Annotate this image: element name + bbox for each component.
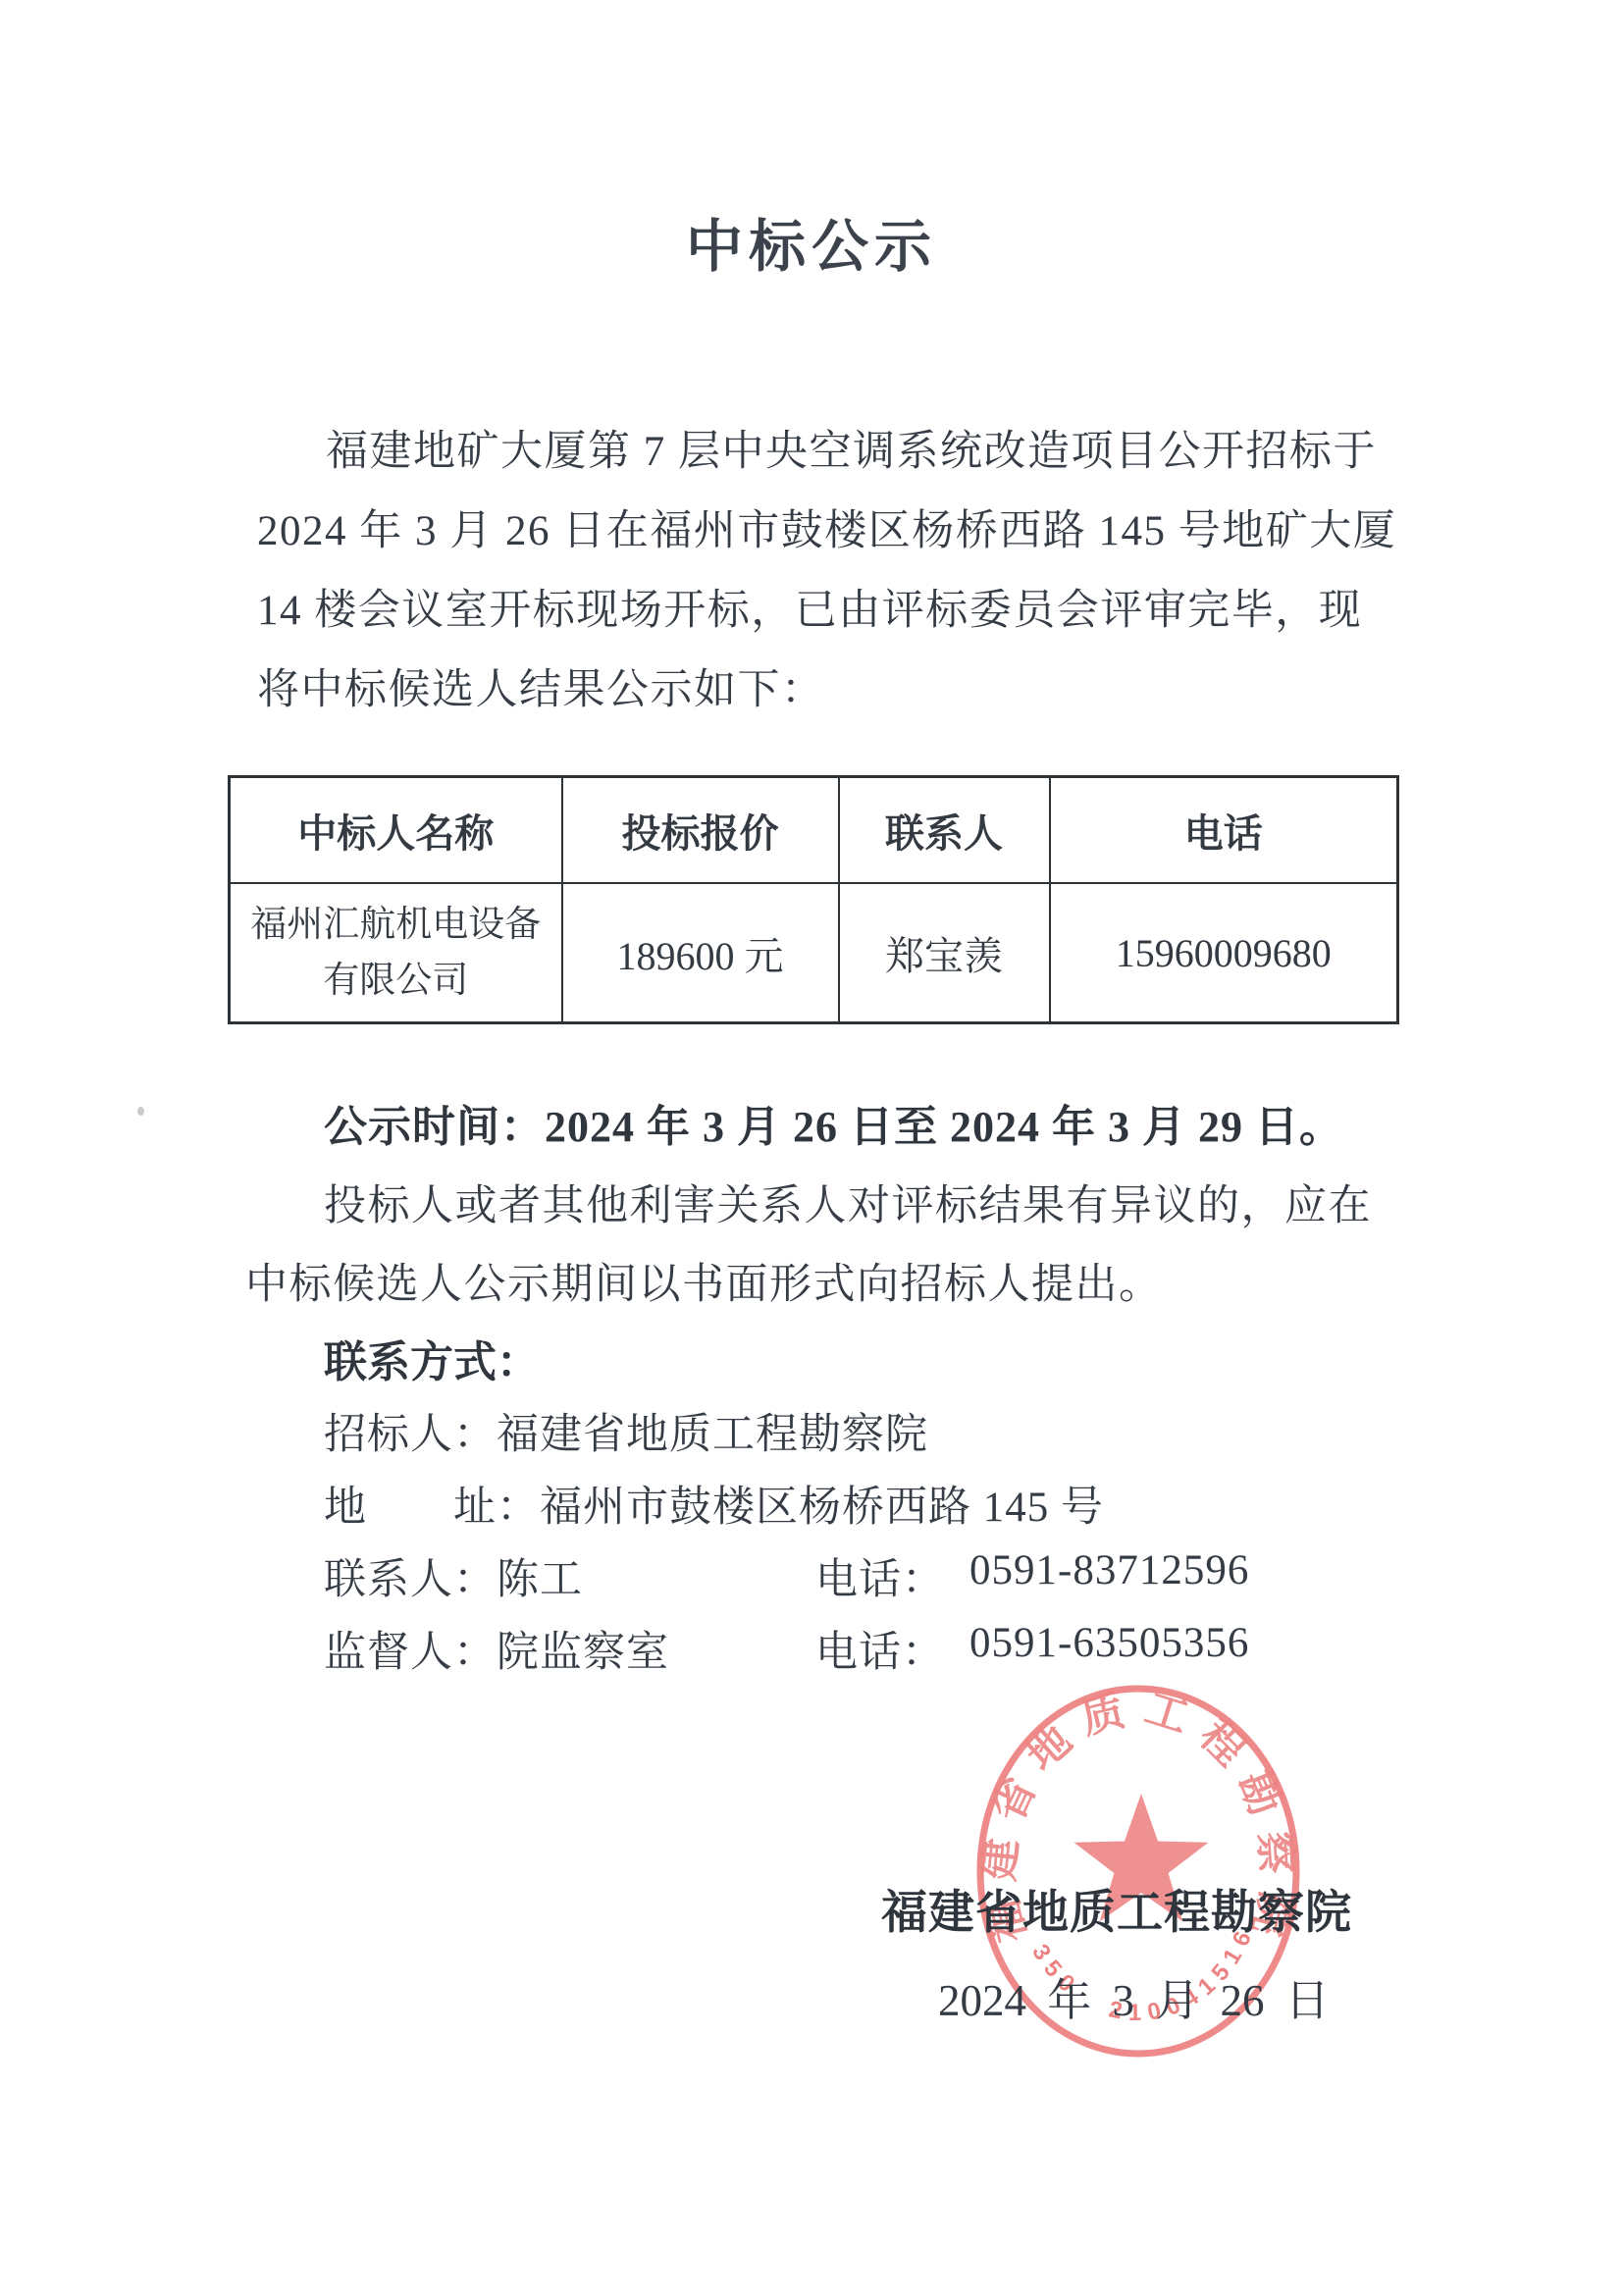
document-page: 中标公示 福建地矿大厦第 7 层中央空调系统改造项目公开招标于 2024 年 3… [0, 0, 1623, 2296]
contact-value: 福建省地质工程勘察院 [497, 1412, 928, 1458]
cell-contact-person: 郑宝羡 [839, 883, 1050, 1023]
intro-paragraph: 福建地矿大厦第 7 层中央空调系统改造项目公开招标于 2024 年 3 月 26… [257, 412, 1399, 730]
phone-value: 0591-83712596 [969, 1546, 1249, 1594]
contact-row-address: 地 址：福州市鼓楼区杨桥西路 145 号 [324, 1474, 1452, 1533]
contact-heading: 联系方式： [324, 1327, 540, 1389]
objection-paragraph: 投标人或者其他利害关系人对评标结果有异议的，应在 中标候选人公示期间以书面形式向… [245, 1168, 1413, 1325]
table-row: 福州汇航机电设备有限公司 189600 元 郑宝羡 15960009680 [230, 883, 1398, 1023]
contact-row-contact-person: 联系人：陈工 电话： 0591-83712596 [324, 1546, 1452, 1605]
contact-label: 监督人： [324, 1630, 497, 1676]
cell-winner-name: 福州汇航机电设备有限公司 [230, 883, 562, 1023]
table-header-row: 中标人名称 投标报价 联系人 电话 [230, 777, 1398, 884]
cell-phone: 15960009680 [1050, 883, 1398, 1023]
bid-result-table: 中标人名称 投标报价 联系人 电话 福州汇航机电设备有限公司 189600 元 … [228, 775, 1399, 1024]
contact-value: 陈工 [497, 1557, 583, 1603]
header-contact-person: 联系人 [839, 777, 1050, 884]
header-winner-name: 中标人名称 [230, 777, 562, 884]
footer-organization: 福建省地质工程勘察院 [881, 1876, 1352, 1942]
scan-speck [137, 1107, 144, 1116]
contact-row-bidder: 招标人：福建省地质工程勘察院 [324, 1401, 1452, 1460]
page-title: 中标公示 [0, 200, 1623, 283]
cell-bid-price: 189600 元 [562, 883, 839, 1023]
phone-label: 电话： [815, 1546, 945, 1606]
contact-label: 联系人： [324, 1557, 497, 1603]
header-bid-price: 投标报价 [562, 777, 839, 884]
objection-line: 中标候选人公示期间以书面形式向招标人提出。 [245, 1246, 1413, 1325]
contact-value: 院监察室 [497, 1630, 669, 1676]
phone-value: 0591-63505356 [969, 1619, 1249, 1667]
contact-label: 招标人： [324, 1412, 497, 1458]
contact-value: 福州市鼓楼区杨桥西路 145 号 [540, 1485, 1104, 1531]
header-phone: 电话 [1050, 777, 1398, 884]
intro-line: 2024 年 3 月 26 日在福州市鼓楼区杨桥西路 145 号地矿大厦 [257, 492, 1399, 571]
phone-label: 电话： [815, 1619, 945, 1679]
objection-line: 投标人或者其他利害关系人对评标结果有异议的，应在 [245, 1168, 1413, 1246]
contact-label: 地 址： [324, 1485, 540, 1531]
intro-line: 14 楼会议室开标现场开标，已由评标委员会评审完毕，现 [257, 571, 1399, 651]
footer-date: 2024 年 3 月 26 日 [938, 1964, 1330, 2028]
publicity-period: 公示时间：2024 年 3 月 26 日至 2024 年 3 月 29 日。 [324, 1091, 1343, 1154]
contact-row-supervisor: 监督人：院监察室 电话： 0591-63505356 [324, 1619, 1452, 1678]
intro-line: 将中标候选人结果公示如下： [257, 651, 1399, 730]
intro-line: 福建地矿大厦第 7 层中央空调系统改造项目公开招标于 [257, 412, 1399, 492]
